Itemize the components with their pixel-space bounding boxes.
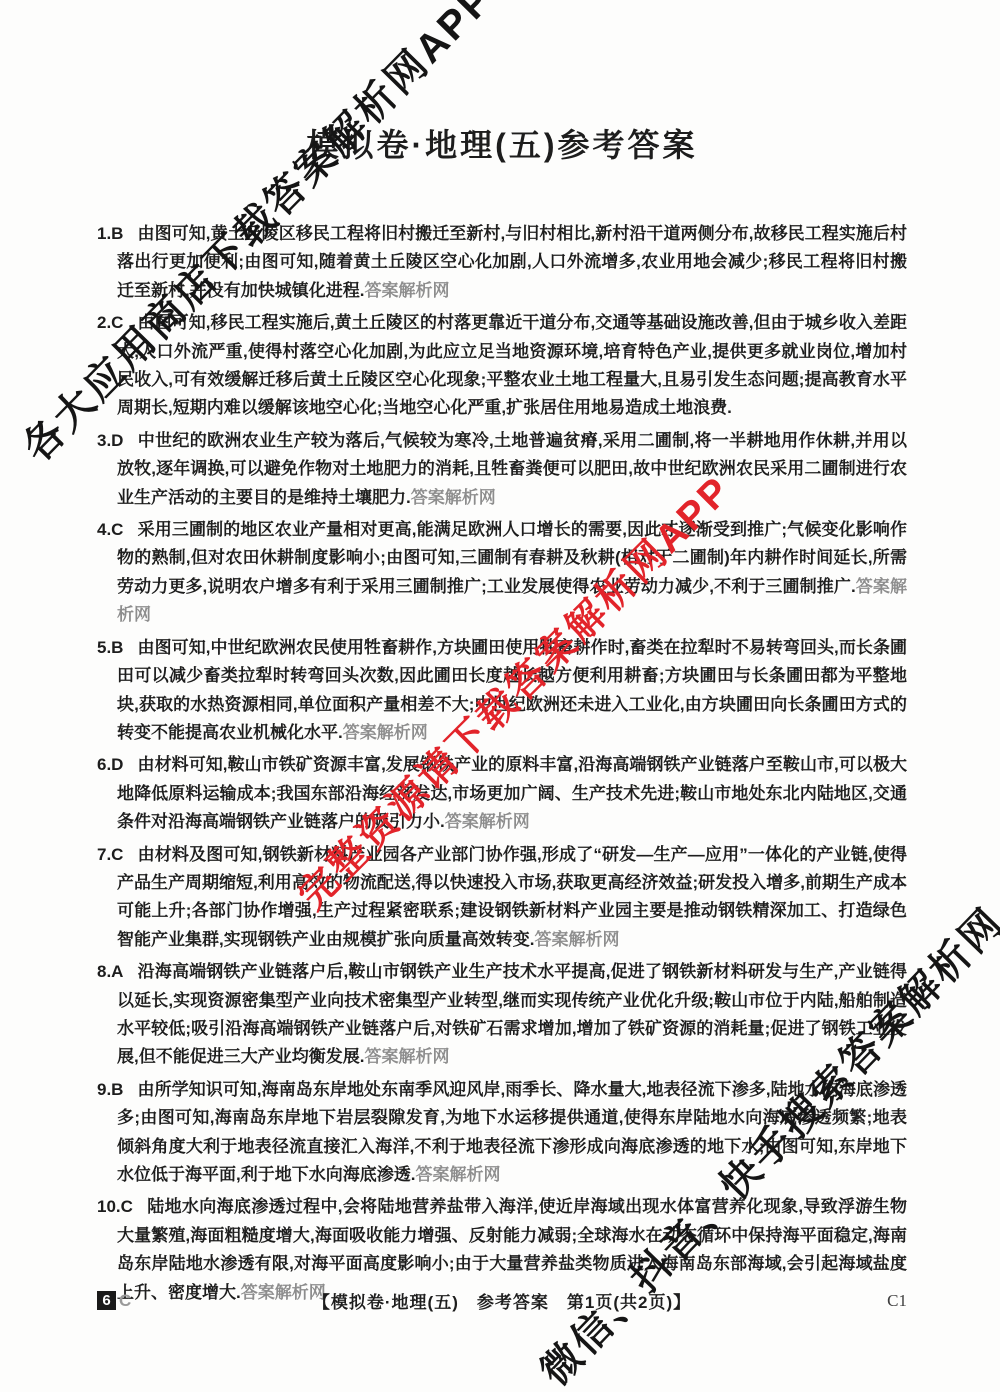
answer-number: 2.C [97, 313, 137, 332]
answer-item-4: 4.C采用三圃制的地区农业产量相对更高,能满足欧洲人口增长的需要,因此才逐渐受到… [97, 516, 907, 630]
page-footer: 6 C 【模拟卷·地理(五) 参考答案 第1页(共2页)】 C1 [97, 1288, 907, 1313]
answers-list: 1.B由图可知,黄土丘陵区移民工程将旧村搬迁至新村,与旧村相比,新村沿干道两侧分… [97, 220, 907, 1311]
answer-number: 7.C [97, 845, 137, 864]
answer-site-suffix: 答案解析网 [445, 812, 530, 831]
answer-site-suffix: 答案解析网 [364, 1047, 449, 1066]
footer-exam-code: 6 C [97, 1291, 207, 1311]
answer-text: 陆地水向海底渗透过程中,会将陆地营养盐带入海洋,使近岸海域出现水体富营养化现象,… [117, 1197, 907, 1301]
answer-site-suffix: 答案解析网 [343, 723, 428, 742]
answer-text: 由所学知识可知,海南岛东岸地处东南季风迎风岸,雨季长、降水量大,地表径流下渗多,… [117, 1080, 907, 1184]
answer-text: 沿海高端钢铁产业链落户后,鞍山市钢铁产业生产技术水平提高,促进了钢铁新材料研发与… [117, 962, 907, 1066]
answer-item-5: 5.B由图可知,中世纪欧洲农民使用牲畜耕作,方块圃田使用牲畜耕作时,畜类在拉犁时… [97, 634, 907, 748]
answer-number: 10.C [97, 1197, 147, 1216]
answer-number: 5.B [97, 638, 137, 657]
answer-item-6: 6.D由材料可知,鞍山市铁矿资源丰富,发展钢铁产业的原料丰富,沿海高端钢铁产业链… [97, 751, 907, 836]
footer-badge-letter: C [116, 1291, 131, 1311]
footer-page-code: C1 [797, 1291, 907, 1311]
answer-item-9: 9.B由所学知识可知,海南岛东岸地处东南季风迎风岸,雨季长、降水量大,地表径流下… [97, 1076, 907, 1190]
answer-text: 由图可知,黄土丘陵区移民工程将旧村搬迁至新村,与旧村相比,新村沿干道两侧分布,故… [117, 224, 907, 300]
answer-site-suffix: 答案解析网 [534, 930, 619, 949]
answer-number: 6.D [97, 755, 137, 774]
answer-text: 由材料及图可知,钢铁新材料产业园各产业部门协作强,形成了“研发—生产—应用”一体… [117, 845, 907, 949]
answer-site-suffix: 答案解析网 [411, 488, 496, 507]
footer-center-title: 【模拟卷·地理(五) 参考答案 第1页(共2页)】 [207, 1288, 797, 1313]
answer-item-1: 1.B由图可知,黄土丘陵区移民工程将旧村搬迁至新村,与旧村相比,新村沿干道两侧分… [97, 220, 907, 305]
page-title: 模拟卷·地理(五)参考答案 [97, 120, 907, 166]
answer-item-3: 3.D中世纪的欧洲农业生产较为落后,气候较为寒冷,土地普遍贫瘠,采用二圃制,将一… [97, 427, 907, 512]
answer-item-7: 7.C由材料及图可知,钢铁新材料产业园各产业部门协作强,形成了“研发—生产—应用… [97, 841, 907, 955]
answer-text: 采用三圃制的地区农业产量相对更高,能满足欧洲人口增长的需要,因此才逐渐受到推广;… [117, 520, 907, 596]
answer-number: 9.B [97, 1080, 137, 1099]
answer-text: 由图可知,移民工程实施后,黄土丘陵区的村落更靠近干道分布,交通等基础设施改善,但… [117, 313, 907, 417]
answer-number: 4.C [97, 520, 137, 539]
answer-text: 由图可知,中世纪欧洲农民使用牲畜耕作,方块圃田使用牲畜耕作时,畜类在拉犁时不易转… [117, 638, 907, 742]
answer-item-8: 8.A沿海高端钢铁产业链落户后,鞍山市钢铁产业生产技术水平提高,促进了钢铁新材料… [97, 958, 907, 1072]
footer-badge-number: 6 [97, 1291, 116, 1310]
answer-sheet-page: 模拟卷·地理(五)参考答案 1.B由图可知,黄土丘陵区移民工程将旧村搬迁至新村,… [0, 0, 1000, 1392]
answer-item-2: 2.C由图可知,移民工程实施后,黄土丘陵区的村落更靠近干道分布,交通等基础设施改… [97, 309, 907, 423]
answer-number: 3.D [97, 431, 137, 450]
answer-number: 1.B [97, 224, 137, 243]
answer-text: 中世纪的欧洲农业生产较为落后,气候较为寒冷,土地普遍贫瘠,采用二圃制,将一半耕地… [117, 431, 907, 507]
answer-site-suffix: 答案解析网 [415, 1165, 500, 1184]
answer-number: 8.A [97, 962, 137, 981]
answer-site-suffix: 答案解析网 [364, 281, 449, 300]
